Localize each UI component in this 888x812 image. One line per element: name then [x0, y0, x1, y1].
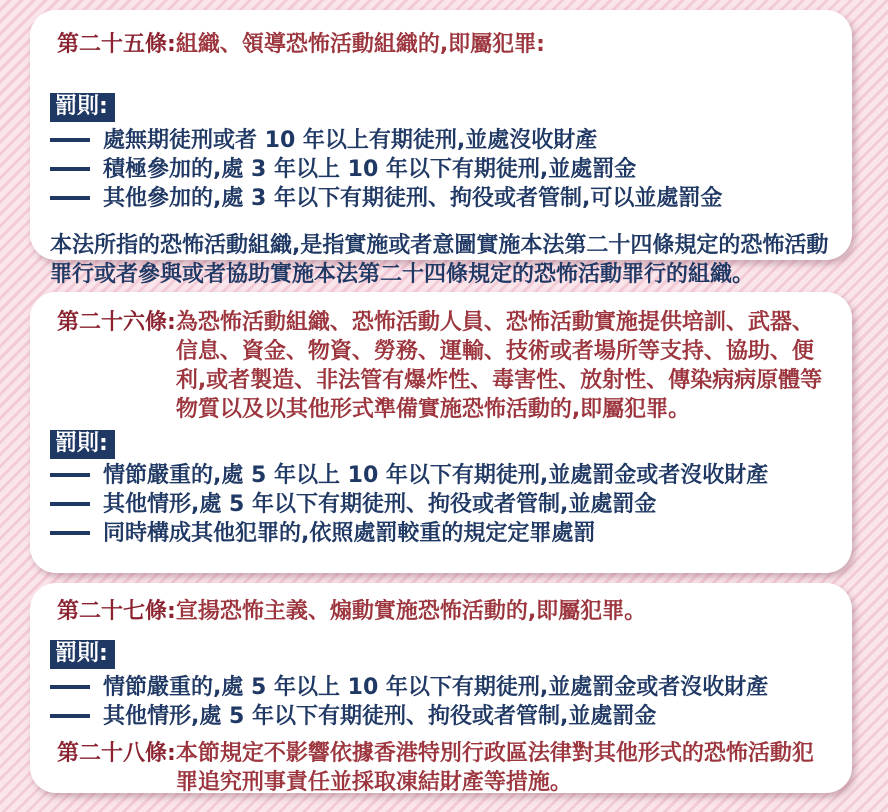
dash-bullet-icon: [50, 196, 90, 200]
penalty-item: 情節嚴重的,處 5 年以上 10 年以下有期徒刑,並處罰金或者沒收財產: [50, 461, 832, 490]
penalty-text: 其他情形,處 5 年以下有期徒刑、拘役或者管制,並處罰金: [103, 702, 656, 731]
penalty-badge-row: 罰則:: [50, 640, 832, 669]
dash-bullet-icon: [50, 531, 90, 535]
article-28-heading: 第二十八條: 本節規定不影響依據香港特別行政區法律對其他形式的恐怖活動犯罪追究刑…: [57, 739, 832, 797]
article-25-label: 第二十五條:: [57, 30, 176, 59]
penalty-item: 積極參加的,處 3 年以上 10 年以下有期徒刑,並處罰金: [50, 155, 832, 184]
article-25-note: 本法所指的恐怖活動組織,是指實施或者意圖實施本法第二十四條規定的恐怖活動罪行或者…: [50, 231, 832, 289]
article-26-heading: 第二十六條: 為恐怖活動組織、恐怖活動人員、恐怖活動實施提供培訓、武器、信息、資…: [57, 308, 832, 424]
penalty-badge-row: 罰則:: [50, 93, 832, 122]
penalty-text: 情節嚴重的,處 5 年以上 10 年以下有期徒刑,並處罰金或者沒收財產: [103, 461, 768, 490]
penalty-text: 其他情形,處 5 年以下有期徒刑、拘役或者管制,並處罰金: [103, 490, 656, 519]
penalty-badge: 罰則:: [50, 430, 115, 459]
penalty-text: 情節嚴重的,處 5 年以上 10 年以下有期徒刑,並處罰金或者沒收財產: [103, 673, 768, 702]
dash-bullet-icon: [50, 167, 90, 171]
penalty-list: 情節嚴重的,處 5 年以上 10 年以下有期徒刑,並處罰金或者沒收財產 其他情形…: [50, 461, 832, 548]
dash-bullet-icon: [50, 138, 90, 142]
dash-bullet-icon: [50, 502, 90, 506]
penalty-list: 處無期徒刑或者 10 年以上有期徒刑,並處沒收財產 積極參加的,處 3 年以上 …: [50, 126, 832, 213]
penalty-item: 其他情形,處 5 年以下有期徒刑、拘役或者管制,並處罰金: [50, 490, 832, 519]
article-25-text: 組織、領導恐怖活動組織的,即屬犯罪:: [176, 30, 832, 59]
penalty-item: 其他情形,處 5 年以下有期徒刑、拘役或者管制,並處罰金: [50, 702, 832, 731]
article-27-label: 第二十七條:: [57, 597, 176, 626]
dash-bullet-icon: [50, 685, 90, 689]
penalty-item: 其他參加的,處 3 年以下有期徒刑、拘役或者管制,可以並處罰金: [50, 184, 832, 213]
article-27-28-card: 第二十七條: 宣揚恐怖主義、煽動實施恐怖活動的,即屬犯罪。 罰則: 情節嚴重的,…: [30, 583, 852, 793]
penalty-text: 同時構成其他犯罪的,依照處罰較重的規定定罪處罰: [103, 519, 595, 548]
penalty-badge-row: 罰則:: [50, 430, 832, 459]
dash-bullet-icon: [50, 473, 90, 477]
penalty-list: 情節嚴重的,處 5 年以上 10 年以下有期徒刑,並處罰金或者沒收財產 其他情形…: [50, 673, 832, 731]
article-28-label: 第二十八條:: [57, 739, 176, 797]
article-25-card: 第二十五條: 組織、領導恐怖活動組織的,即屬犯罪: 罰則: 處無期徒刑或者 10…: [30, 10, 852, 260]
penalty-text: 處無期徒刑或者 10 年以上有期徒刑,並處沒收財產: [103, 126, 597, 155]
penalty-badge: 罰則:: [50, 93, 115, 122]
penalty-text: 積極參加的,處 3 年以上 10 年以下有期徒刑,並處罰金: [103, 155, 636, 184]
article-26-text: 為恐怖活動組織、恐怖活動人員、恐怖活動實施提供培訓、武器、信息、資金、物資、勞務…: [176, 308, 832, 424]
article-26-card: 第二十六條: 為恐怖活動組織、恐怖活動人員、恐怖活動實施提供培訓、武器、信息、資…: [30, 292, 852, 573]
article-25-heading: 第二十五條: 組織、領導恐怖活動組織的,即屬犯罪:: [57, 30, 832, 59]
penalty-item: 情節嚴重的,處 5 年以上 10 年以下有期徒刑,並處罰金或者沒收財產: [50, 673, 832, 702]
article-27-text: 宣揚恐怖主義、煽動實施恐怖活動的,即屬犯罪。: [176, 597, 832, 626]
penalty-item: 同時構成其他犯罪的,依照處罰較重的規定定罪處罰: [50, 519, 832, 548]
penalty-badge: 罰則:: [50, 640, 115, 669]
article-27-heading: 第二十七條: 宣揚恐怖主義、煽動實施恐怖活動的,即屬犯罪。: [57, 597, 832, 626]
dash-bullet-icon: [50, 714, 90, 718]
article-28-text: 本節規定不影響依據香港特別行政區法律對其他形式的恐怖活動犯罪追究刑事責任並採取凍…: [176, 739, 832, 797]
penalty-text: 其他參加的,處 3 年以下有期徒刑、拘役或者管制,可以並處罰金: [103, 184, 722, 213]
article-26-label: 第二十六條:: [57, 308, 176, 424]
penalty-item: 處無期徒刑或者 10 年以上有期徒刑,並處沒收財產: [50, 126, 832, 155]
